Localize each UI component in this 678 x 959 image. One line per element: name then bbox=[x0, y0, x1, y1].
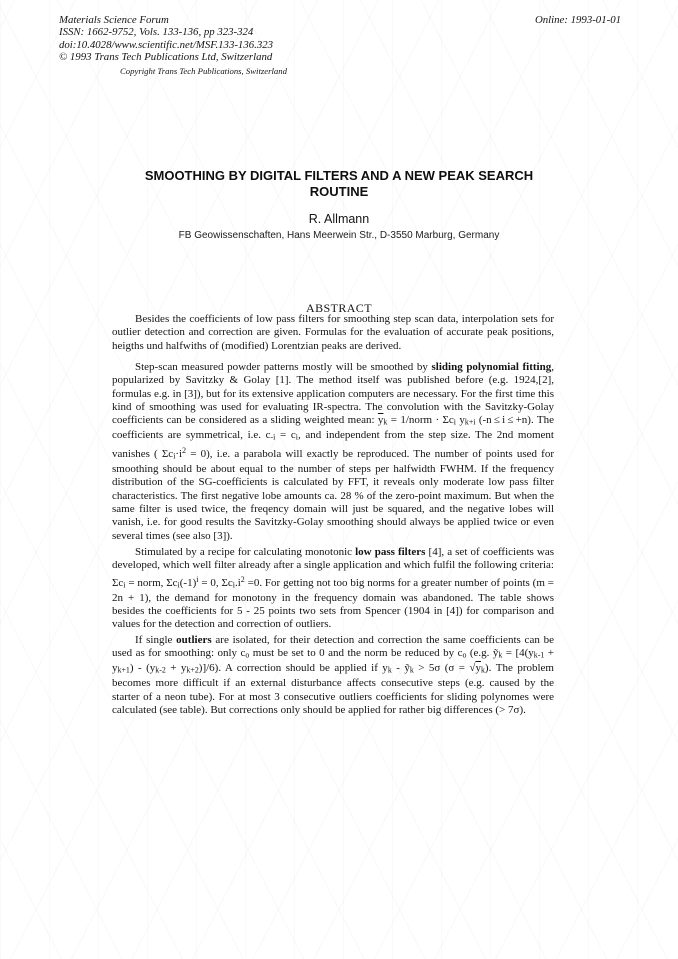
abstract-text: Besides the coefficients of low pass fil… bbox=[112, 313, 554, 353]
online-date: Online: 1993-01-01 bbox=[535, 14, 621, 26]
paper-title: SMOOTHING BY DIGITAL FILTERS AND A NEW P… bbox=[124, 168, 554, 199]
title-block: SMOOTHING BY DIGITAL FILTERS AND A NEW P… bbox=[0, 168, 678, 201]
paragraph-1: Step-scan measured powder patterns mostl… bbox=[112, 361, 554, 543]
journal-name: Materials Science Forum bbox=[59, 14, 273, 26]
issn-line: ISSN: 1662-9752, Vols. 133-136, pp 323-3… bbox=[59, 26, 273, 38]
author-affiliation: FB Geowissenschaften, Hans Meerwein Str.… bbox=[0, 230, 678, 241]
publisher-copyright-line: © 1993 Trans Tech Publications Ltd, Swit… bbox=[59, 51, 273, 63]
journal-header: Materials Science Forum ISSN: 1662-9752,… bbox=[59, 14, 273, 63]
copyright-notice: Copyright Trans Tech Publications, Switz… bbox=[120, 66, 287, 76]
author-name: R. Allmann bbox=[0, 212, 678, 226]
paragraph-2: Stimulated by a recipe for calculating m… bbox=[112, 546, 554, 632]
doi-line: doi:10.4028/www.scientific.net/MSF.133-1… bbox=[59, 39, 273, 51]
journal-page: Materials Science Forum ISSN: 1662-9752,… bbox=[0, 0, 678, 959]
paragraph-3: If single outliers are isolated, for the… bbox=[112, 634, 554, 717]
